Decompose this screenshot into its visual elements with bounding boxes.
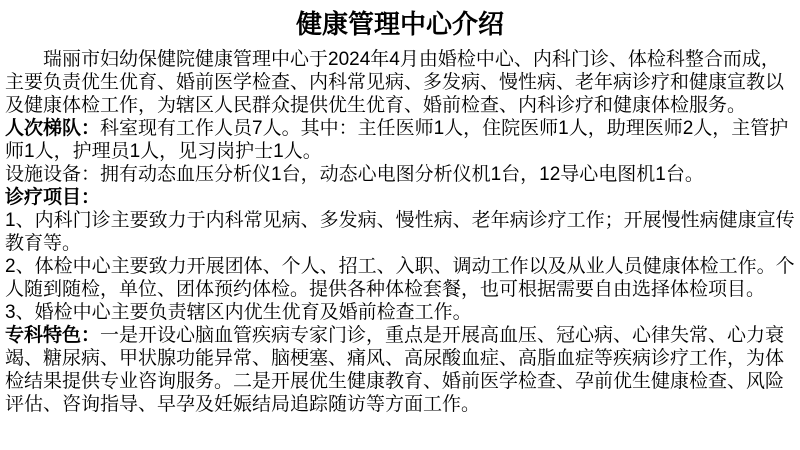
paragraph: 诊疗项目：	[5, 186, 795, 209]
slide-title: 健康管理中心介绍	[0, 0, 800, 39]
paragraph: 设施设备：拥有动态血压分析仪1台，动态心电图分析仪机1台，12导心电图机1台。	[5, 163, 795, 186]
paragraph: 2、体检中心主要致力开展团体、个人、招工、入职、调动工作以及从业人员健康体检工作…	[5, 255, 795, 301]
paragraph-text: 3、婚检中心主要负责辖区内优生优育及婚前检查工作。	[5, 302, 472, 323]
section-label: 诊疗项目：	[5, 187, 100, 208]
paragraph: 专科特色：一是开设心脑血管疾病专家门诊，重点是开展高血压、冠心病、心律失常、心力…	[5, 324, 795, 416]
paragraph: 1、内科门诊主要致力于内科常见病、多发病、慢性病、老年病诊疗工作；开展慢性病健康…	[5, 209, 795, 255]
paragraph-text: 2、体检中心主要致力开展团体、个人、招工、入职、调动工作以及从业人员健康体检工作…	[5, 256, 795, 300]
section-label: 人次梯队：	[5, 118, 100, 139]
paragraph-text: 1、内科门诊主要致力于内科常见病、多发病、慢性病、老年病诊疗工作；开展慢性病健康…	[5, 210, 795, 254]
paragraph-text: 科室现有工作人员7人。其中：主任医师1人，住院医师1人，助理医师2人，主管护师1…	[5, 118, 788, 162]
paragraph-text: 瑞丽市妇幼保健院健康管理中心于2024年4月由婚检中心、内科门诊、体检科整合而成…	[5, 49, 784, 116]
paragraph: 人次梯队：科室现有工作人员7人。其中：主任医师1人，住院医师1人，助理医师2人，…	[5, 117, 795, 163]
paragraph: 3、婚检中心主要负责辖区内优生优育及婚前检查工作。	[5, 301, 795, 324]
paragraph-text: 设施设备：拥有动态血压分析仪1台，动态心电图分析仪机1台，12导心电图机1台。	[5, 164, 704, 185]
slide: 健康管理中心介绍 瑞丽市妇幼保健院健康管理中心于2024年4月由婚检中心、内科门…	[0, 0, 800, 450]
paragraph: 瑞丽市妇幼保健院健康管理中心于2024年4月由婚检中心、内科门诊、体检科整合而成…	[5, 48, 795, 117]
section-label: 专科特色：	[5, 325, 100, 346]
slide-body: 瑞丽市妇幼保健院健康管理中心于2024年4月由婚检中心、内科门诊、体检科整合而成…	[0, 48, 800, 416]
paragraph-text: 一是开设心脑血管疾病专家门诊，重点是开展高血压、冠心病、心律失常、心力衰竭、糖尿…	[5, 325, 784, 415]
